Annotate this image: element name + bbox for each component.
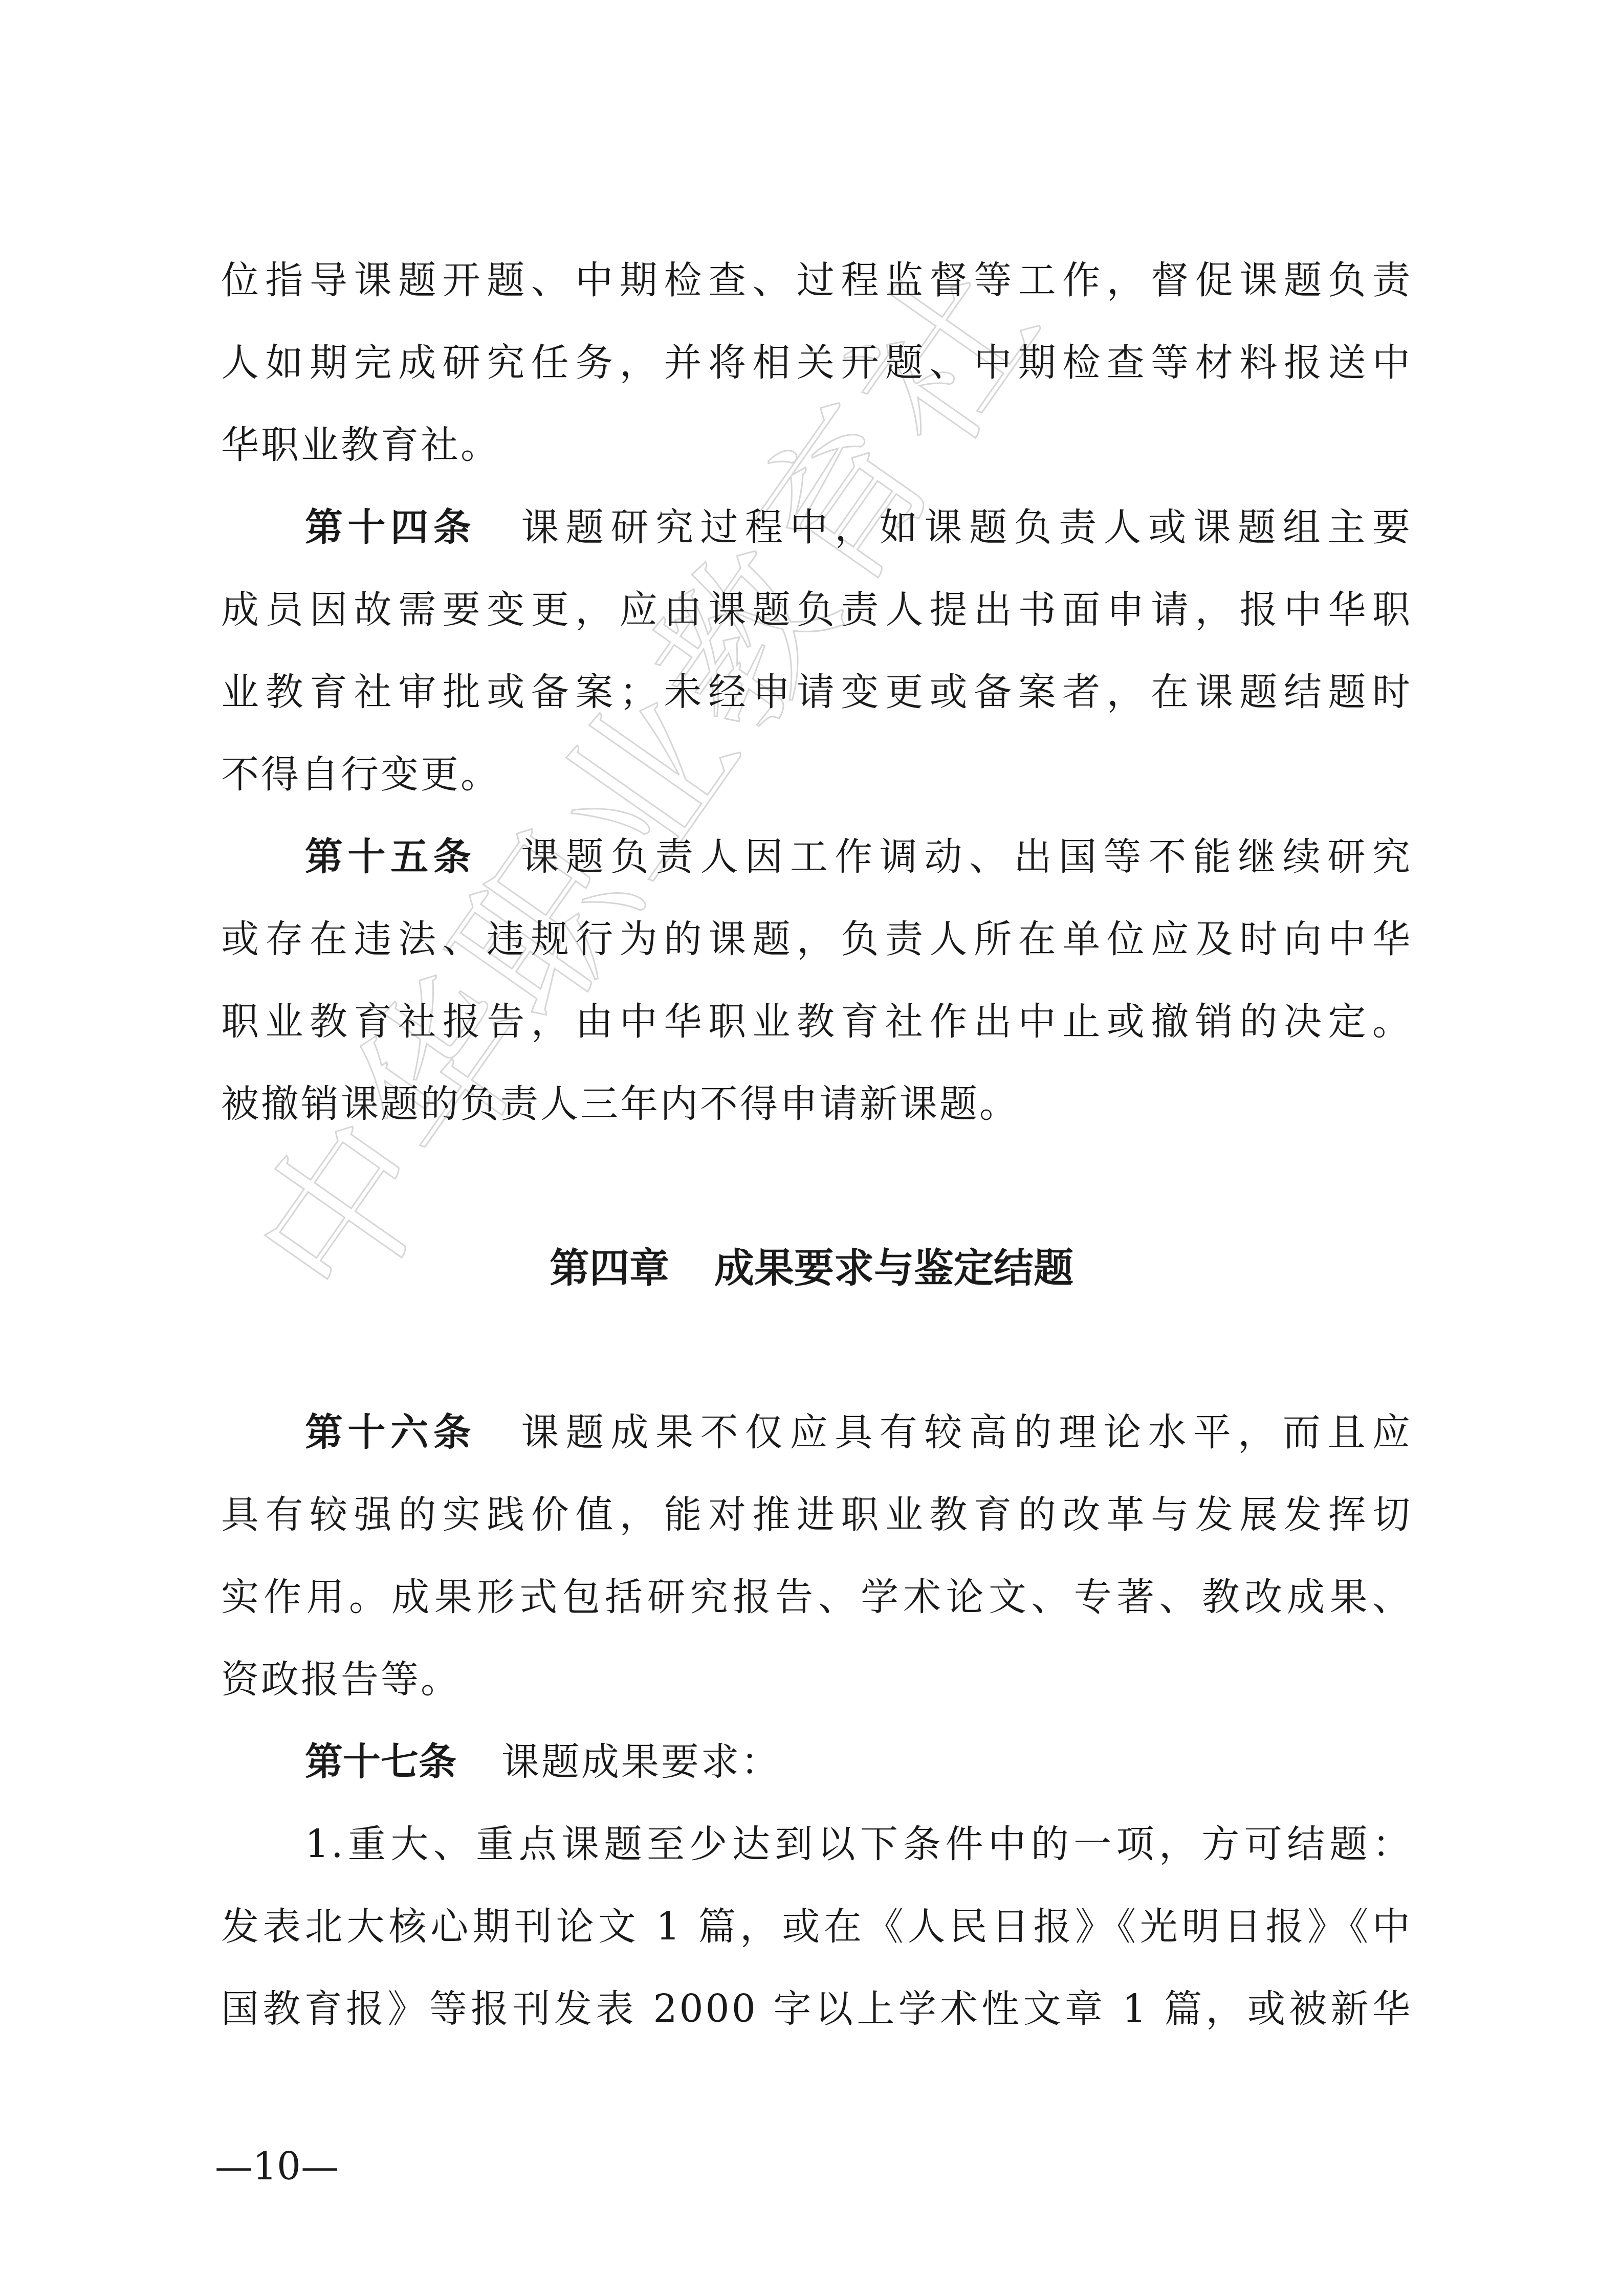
body-line: 具有较强的实践价值，能对推进职业教育的改革与发展发挥切 bbox=[221, 1474, 1412, 1556]
body-line: 或存在违法、违规行为的课题，负责人所在单位应及时向中华 bbox=[221, 898, 1412, 981]
article-17-first-line: 第十七条课题成果要求： bbox=[221, 1721, 1412, 1803]
body-line: 华职业教育社。 bbox=[221, 404, 1412, 487]
article-15-first-line: 第十五条课题负责人因工作调动、出国等不能继续研究 bbox=[221, 816, 1412, 898]
body-line: 业教育社审批或备案；未经申请变更或备案者，在课题结题时 bbox=[221, 651, 1412, 734]
article-16-first-line: 第十六条课题成果不仅应具有较高的理论水平，而且应 bbox=[221, 1392, 1412, 1474]
article-label: 第十四条 bbox=[305, 505, 476, 549]
body-line: 实作用。成果形式包括研究报告、学术论文、专著、教改成果、 bbox=[221, 1556, 1412, 1639]
chapter-number: 第四章 bbox=[550, 1246, 669, 1292]
body-line: 国教育报》等报刊发表 2000 字以上学术性文章 1 篇，或被新华 bbox=[221, 1968, 1412, 2050]
body-line: 位指导课题开题、中期检查、过程监督等工作，督促课题负责 bbox=[221, 239, 1412, 322]
page-number: —10— bbox=[215, 2141, 339, 2192]
body-line: 不得自行变更。 bbox=[221, 734, 1412, 816]
body-text: 课题研究过程中，如课题负责人或课题组主要 bbox=[521, 505, 1412, 549]
list-item-1-first-line: 1.重大、重点课题至少达到以下条件中的一项，方可结题： bbox=[221, 1803, 1412, 1886]
article-label: 第十六条 bbox=[305, 1410, 476, 1454]
body-line: 被撤销课题的负责人三年内不得申请新课题。 bbox=[221, 1063, 1412, 1145]
body-line: 发表北大核心期刊论文 1 篇，或在《人民日报》《光明日报》《中 bbox=[221, 1886, 1412, 1968]
body-line: 资政报告等。 bbox=[221, 1639, 1412, 1721]
body-line: 人如期完成研究任务，并将相关开题、中期检查等材料报送中 bbox=[221, 322, 1412, 404]
body-text: 课题成果要求： bbox=[501, 1740, 781, 1784]
body-line: 职业教育社报告，由中华职业教育社作出中止或撤销的决定。 bbox=[221, 981, 1412, 1063]
article-label: 第十七条 bbox=[305, 1740, 456, 1784]
article-label: 第十五条 bbox=[305, 835, 476, 879]
document-page: 中华职业教育社 位指导课题开题、中期检查、过程监督等工作，督促课题负责 人如期完… bbox=[0, 0, 1623, 2296]
chapter-title: 成果要求与鉴定结题 bbox=[714, 1246, 1073, 1292]
chapter-heading: 第四章成果要求与鉴定结题 bbox=[0, 1228, 1623, 1310]
body-text: 课题负责人因工作调动、出国等不能继续研究 bbox=[521, 835, 1412, 879]
body-line: 成员因故需要变更，应由课题负责人提出书面申请，报中华职 bbox=[221, 569, 1412, 651]
body-text: 课题成果不仅应具有较高的理论水平，而且应 bbox=[521, 1410, 1412, 1454]
article-14-first-line: 第十四条课题研究过程中，如课题负责人或课题组主要 bbox=[221, 487, 1412, 569]
